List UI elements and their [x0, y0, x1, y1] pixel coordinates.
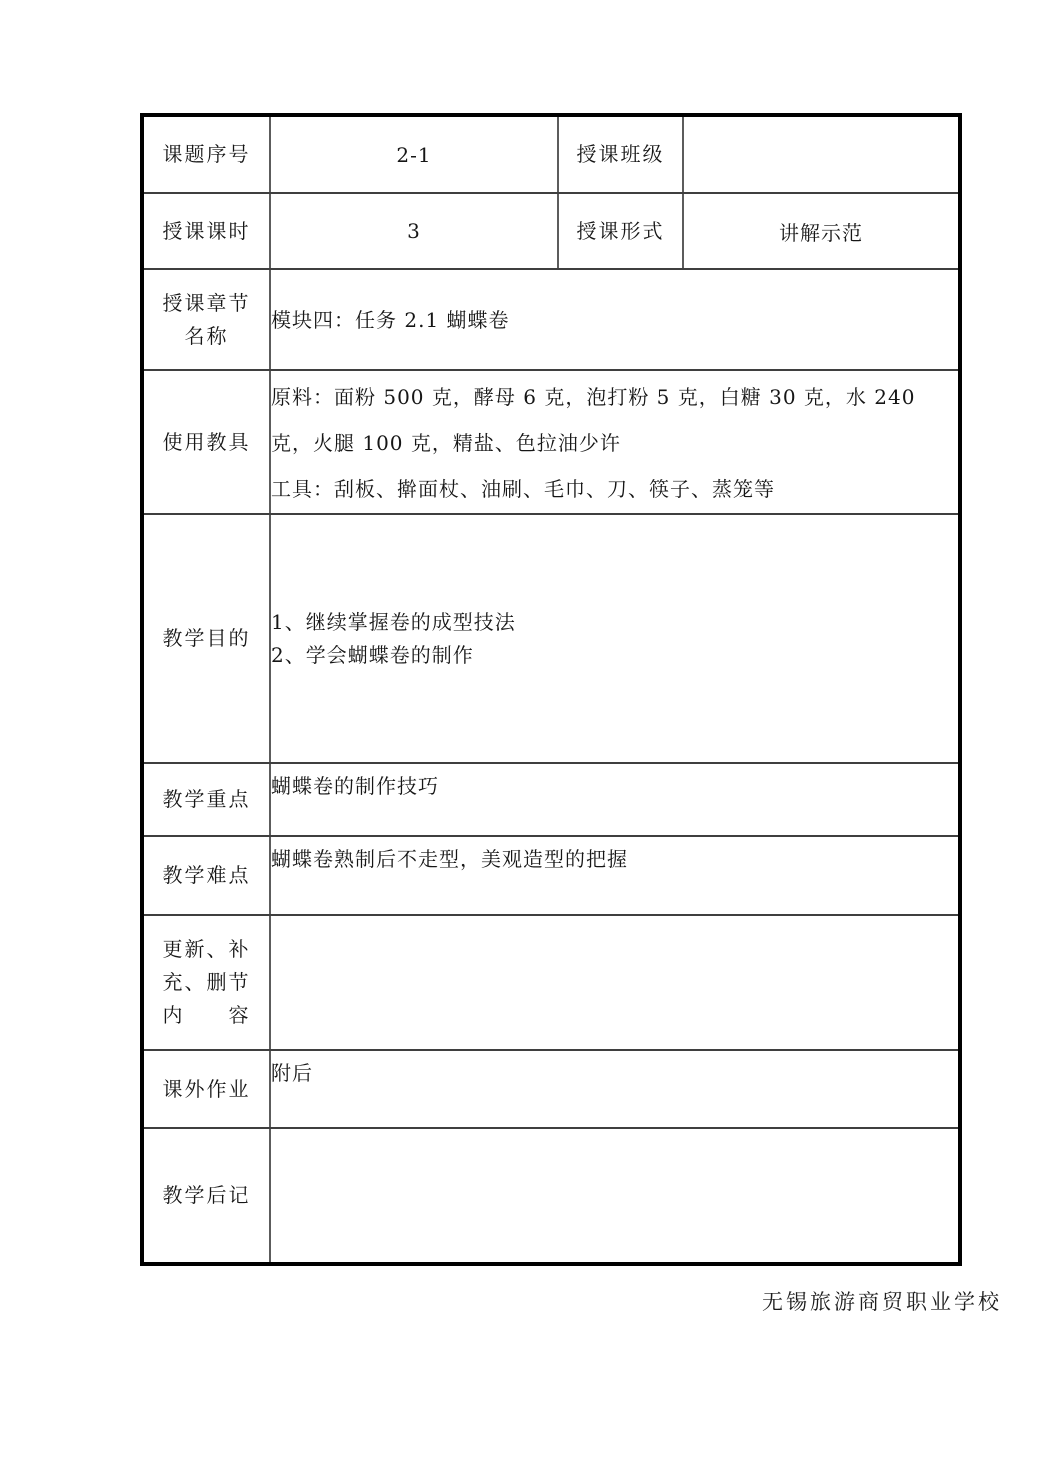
class-label-cell: 授课班级 [558, 115, 683, 193]
homework-content-cell: 附后 [270, 1050, 960, 1128]
chapter-content-cell: 模块四：任务 2.1 蝴蝶卷 [270, 269, 960, 370]
key-points-content-cell: 蝴蝶卷的制作技巧 [270, 763, 960, 836]
homework-label-cell: 课外作业 [142, 1050, 270, 1128]
form-value-cell: 讲解示范 [683, 193, 960, 269]
form-label-cell: 授课形式 [558, 193, 683, 269]
afternotes-label-cell: 教学后记 [142, 1128, 270, 1264]
table-row-difficulties: 教学难点 蝴蝶卷熟制后不走型，美观造型的把握 [142, 836, 960, 915]
updates-label-cell: 更新、补 充、删节 内 容 [142, 915, 270, 1050]
chapter-label-cell: 授课章节 名称 [142, 269, 270, 370]
objectives-label-cell: 教学目的 [142, 514, 270, 763]
table-row-topic: 课题序号 2-1 授课班级 [142, 115, 960, 193]
tools-label-cell: 使用教具 [142, 370, 270, 514]
table-row-objectives: 教学目的 1、继续掌握卷的成型技法 2、学会蝴蝶卷的制作 [142, 514, 960, 763]
updates-content-cell [270, 915, 960, 1050]
lesson-plan-table: 课题序号 2-1 授课班级 授课课时 3 授课形式 讲解示范 授课章节 名称 模… [140, 113, 962, 1266]
table-row-chapter: 授课章节 名称 模块四：任务 2.1 蝴蝶卷 [142, 269, 960, 370]
table-row-tools: 使用教具 原料：面粉 500 克，酵母 6 克，泡打粉 5 克，白糖 30 克，… [142, 370, 960, 514]
topic-number-label-cell: 课题序号 [142, 115, 270, 193]
topic-number-value-cell: 2-1 [270, 115, 558, 193]
document-page: 课题序号 2-1 授课班级 授课课时 3 授课形式 讲解示范 授课章节 名称 模… [0, 0, 1043, 1474]
hours-label-cell: 授课课时 [142, 193, 270, 269]
table-row-afternotes: 教学后记 [142, 1128, 960, 1264]
difficulties-content-cell: 蝴蝶卷熟制后不走型，美观造型的把握 [270, 836, 960, 915]
table-row-homework: 课外作业 附后 [142, 1050, 960, 1128]
table-row-updates: 更新、补 充、删节 内 容 [142, 915, 960, 1050]
hours-value-cell: 3 [270, 193, 558, 269]
difficulties-label-cell: 教学难点 [142, 836, 270, 915]
tools-content-cell: 原料：面粉 500 克，酵母 6 克，泡打粉 5 克，白糖 30 克，水 240… [270, 370, 960, 514]
afternotes-content-cell [270, 1128, 960, 1264]
school-name-footer: 无锡旅游商贸职业学校 [140, 1286, 1002, 1316]
objectives-content-cell: 1、继续掌握卷的成型技法 2、学会蝴蝶卷的制作 [270, 514, 960, 763]
class-value-cell [683, 115, 960, 193]
table-row-hours: 授课课时 3 授课形式 讲解示范 [142, 193, 960, 269]
table-row-key-points: 教学重点 蝴蝶卷的制作技巧 [142, 763, 960, 836]
key-points-label-cell: 教学重点 [142, 763, 270, 836]
